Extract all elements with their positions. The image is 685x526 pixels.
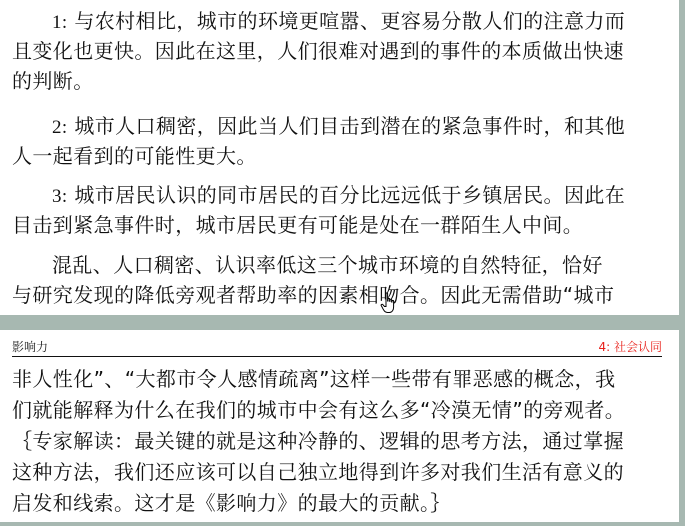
paragraph-3: 3: 城市居民认识的同市居民的百分比远远低于乡镇居民。因此在 目击到紧急事件时，… — [12, 180, 668, 240]
paragraph-line: 3: 城市居民认识的同市居民的百分比远远低于乡镇居民。因此在 — [12, 180, 668, 210]
running-header: 影响力 4: 社会认同 — [12, 338, 662, 357]
paragraph-line: 目击到紧急事件时，城市居民更有可能是处在一群陌生人中间。 — [12, 210, 668, 240]
paragraph-line: 们就能解释为什么在我们的城市中会有这么多“冷漠无情”的旁观者。 — [12, 395, 668, 426]
list-number: 3: — [52, 186, 68, 207]
hand-cursor-icon — [380, 292, 398, 314]
paragraph-line: 这种方法，我们还应该可以自己独立地得到许多对我们生活有意义的 — [12, 457, 668, 488]
list-number: 2: — [52, 117, 68, 138]
paragraph-line: 非人性化”、“大都市令人感情疏离”这样一些带有罪恶感的概念，我 — [12, 364, 668, 395]
paragraph-line: 且变化也更快。因此在这里，人们很难对遇到的事件的本质做出快速 — [12, 36, 668, 66]
bottom-page: 影响力 4: 社会认同 非人性化”、“大都市令人感情疏离”这样一些带有罪恶感的概… — [0, 330, 679, 522]
paragraph-line: 2: 城市人口稠密，因此当人们目击到潜在的紧急事件时，和其他 — [12, 111, 668, 141]
paragraph-1: 1: 与农村相比，城市的环境更喧嚣、更容易分散人们的注意力而 且变化也更快。因此… — [12, 6, 668, 96]
chapter-title: 4: 社会认同 — [599, 338, 663, 356]
top-page: 1: 与农村相比，城市的环境更喧嚣、更容易分散人们的注意力而 且变化也更快。因此… — [0, 0, 679, 315]
paragraph-line: 混乱、人口稠密、认识率低这三个城市环境的自然特征，恰好 — [12, 250, 668, 280]
body-text: 非人性化”、“大都市令人感情疏离”这样一些带有罪恶感的概念，我 们就能解释为什么… — [12, 364, 668, 519]
paragraph-line: 1: 与农村相比，城市的环境更喧嚣、更容易分散人们的注意力而 — [12, 6, 668, 36]
paragraph-line: 与研究发现的降低旁观者帮助率的因素相吻合。因此无需借助“城市 — [12, 280, 668, 310]
paragraph-line: 人一起看到的可能性更大。 — [12, 141, 668, 171]
paragraph-line: 的判断。 — [12, 66, 668, 96]
paragraph-4: 混乱、人口稠密、认识率低这三个城市环境的自然特征，恰好 与研究发现的降低旁观者帮… — [12, 250, 668, 310]
paragraph-line: 启发和线索。这才是《影响力》的最大的贡献。｝ — [12, 488, 668, 519]
paragraph-2: 2: 城市人口稠密，因此当人们目击到潜在的紧急事件时，和其他 人一起看到的可能性… — [12, 111, 668, 171]
book-title: 影响力 — [12, 338, 48, 356]
paragraph-line: ｛专家解读：最关键的就是这种冷静的、逻辑的思考方法，通过掌握 — [12, 426, 668, 457]
list-number: 1: — [52, 12, 68, 33]
